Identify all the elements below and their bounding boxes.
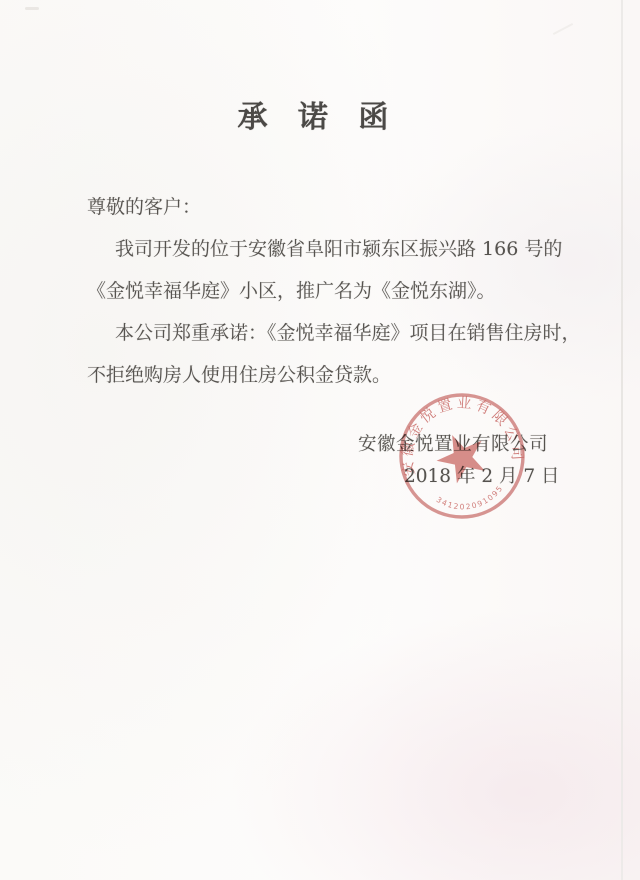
body-line: 《金悦幸福华庭》小区，推广名为《金悦东湖》。 bbox=[87, 270, 577, 312]
company-seal-stamp: 安徽金悦置业有限公司 3412020910955 bbox=[394, 388, 530, 524]
body-line: 本公司郑重承诺：《金悦幸福华庭》项目在销售住房时， bbox=[87, 312, 577, 354]
scanned-letter-page: 承 诺 函 尊敬的客户： 我司开发的位于安徽省阜阳市颍东区振兴路 166 号的 … bbox=[0, 0, 640, 880]
salutation: 尊敬的客户： bbox=[87, 186, 577, 228]
body-line: 我司开发的位于安徽省阜阳市颍东区振兴路 166 号的 bbox=[87, 228, 577, 270]
letter-title: 承 诺 函 bbox=[0, 92, 628, 136]
scan-artifact bbox=[553, 23, 573, 35]
scan-artifact bbox=[25, 7, 39, 10]
star-icon bbox=[430, 425, 494, 487]
seal-group: 安徽金悦置业有限公司 3412020910955 bbox=[394, 388, 530, 524]
letter-body: 尊敬的客户： 我司开发的位于安徽省阜阳市颍东区振兴路 166 号的 《金悦幸福华… bbox=[87, 186, 577, 396]
